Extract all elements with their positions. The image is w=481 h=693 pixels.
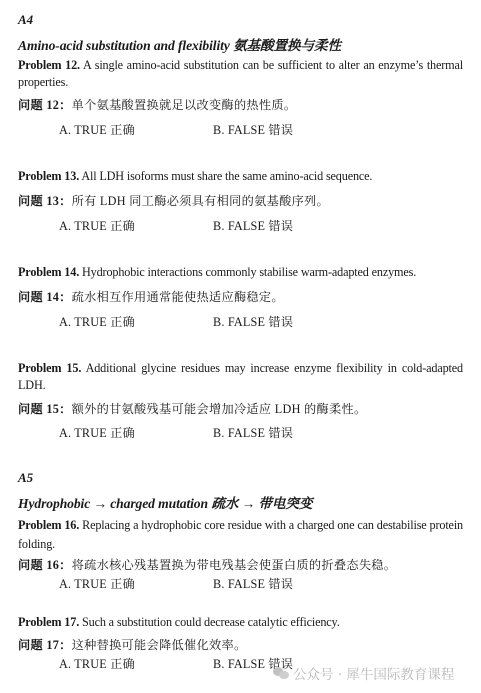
problem-label: Problem 15.: [18, 361, 81, 375]
problem-zh-label: 问题 14：: [18, 290, 72, 304]
section-code-a4: A4: [18, 12, 33, 28]
problem-14-option-false[interactable]: B. FALSE 错误: [213, 313, 293, 330]
section-title-en: Amino-acid substitution and flexibility: [18, 38, 230, 53]
problem-13-zh: 问题 13：所有 LDH 同工酶必须具有相同的氨基酸序列。: [18, 192, 329, 209]
section-title-zh: 氨基酸置换与柔性: [233, 38, 341, 53]
watermark: 公众号 · 犀牛国际教育课程: [273, 663, 454, 683]
problem-15-zh: 问题 15：额外的甘氨酸残基可能会增加冷适应 LDH 的酶柔性。: [18, 400, 367, 417]
problem-zh-label: 问题 17：: [18, 638, 72, 652]
problem-13-option-true[interactable]: A. TRUE 正确: [59, 217, 135, 234]
problem-statement: Hydrophobic interactions commonly stabil…: [82, 265, 416, 279]
section-code-a5: A5: [18, 470, 33, 486]
problem-12-text: Problem 12. A single amino-acid substitu…: [18, 57, 463, 91]
problem-14-option-true[interactable]: A. TRUE 正确: [59, 313, 135, 330]
problem-label: Problem 16.: [18, 518, 79, 532]
problem-13-text: Problem 13. All LDH isoforms must share …: [18, 168, 463, 185]
problem-15-option-true[interactable]: A. TRUE 正确: [59, 424, 135, 441]
problem-zh-statement: 这种替换可能会降低催化效率。: [72, 638, 247, 652]
problem-statement: Replacing a hydrophobic core residue wit…: [18, 518, 463, 551]
problem-16-zh: 问题 16：将疏水核心残基置换为带电残基会使蛋白质的折叠态失稳。: [18, 556, 396, 573]
problem-16-option-false[interactable]: B. FALSE 错误: [213, 575, 293, 592]
problem-statement: All LDH isoforms must share the same ami…: [81, 169, 372, 183]
problem-16-text: Problem 16. Replacing a hydrophobic core…: [18, 516, 463, 554]
problem-statement: A single amino-acid substitution can be …: [18, 58, 463, 89]
problem-zh-label: 问题 13：: [18, 194, 72, 208]
problem-label: Problem 14.: [18, 265, 79, 279]
watermark-text: 公众号 · 犀牛国际教育课程: [293, 663, 454, 683]
problem-zh-statement: 额外的甘氨酸残基可能会增加冷适应 LDH 的酶柔性。: [72, 402, 367, 416]
problem-zh-statement: 疏水相互作用通常能使热适应酶稳定。: [72, 290, 284, 304]
problem-zh-statement: 所有 LDH 同工酶必须具有相同的氨基酸序列。: [72, 194, 329, 208]
section-title-zh: 疏水 → 带电突变: [211, 496, 312, 511]
problem-zh-label: 问题 15：: [18, 402, 72, 416]
problem-15-option-false[interactable]: B. FALSE 错误: [213, 424, 293, 441]
problem-label: Problem 12.: [18, 58, 80, 72]
section-title-a4: Amino-acid substitution and flexibility …: [18, 34, 341, 54]
problem-zh-label: 问题 12：: [18, 98, 72, 112]
problem-14-text: Problem 14. Hydrophobic interactions com…: [18, 264, 463, 281]
problem-statement: Such a substitution could decrease catal…: [82, 615, 340, 629]
problem-17-option-true[interactable]: A. TRUE 正确: [59, 655, 135, 672]
problem-12-option-true[interactable]: A. TRUE 正确: [59, 121, 135, 138]
problem-14-zh: 问题 14：疏水相互作用通常能使热适应酶稳定。: [18, 288, 284, 305]
problem-label: Problem 13.: [18, 169, 79, 183]
problem-12-option-false[interactable]: B. FALSE 错误: [213, 121, 293, 138]
problem-16-option-true[interactable]: A. TRUE 正确: [59, 575, 135, 592]
problem-zh-statement: 将疏水核心残基置换为带电残基会使蛋白质的折叠态失稳。: [72, 558, 397, 572]
problem-17-zh: 问题 17：这种替换可能会降低催化效率。: [18, 636, 246, 653]
problem-15-text: Problem 15. Additional glycine residues …: [18, 360, 463, 394]
section-title-a5: Hydrophobic → charged mutation 疏水 → 带电突变: [18, 492, 312, 512]
problem-zh-statement: 单个氨基酸置换就足以改变酶的热性质。: [72, 98, 297, 112]
section-title-en: Hydrophobic → charged mutation: [18, 496, 208, 511]
wechat-icon: [273, 667, 289, 679]
problem-zh-label: 问题 16：: [18, 558, 72, 572]
problem-12-zh: 问题 12：单个氨基酸置换就足以改变酶的热性质。: [18, 96, 296, 113]
problem-17-text: Problem 17. Such a substitution could de…: [18, 614, 463, 631]
problem-13-option-false[interactable]: B. FALSE 错误: [213, 217, 293, 234]
problem-label: Problem 17.: [18, 615, 79, 629]
problem-statement: Additional glycine residues may increase…: [18, 361, 463, 392]
